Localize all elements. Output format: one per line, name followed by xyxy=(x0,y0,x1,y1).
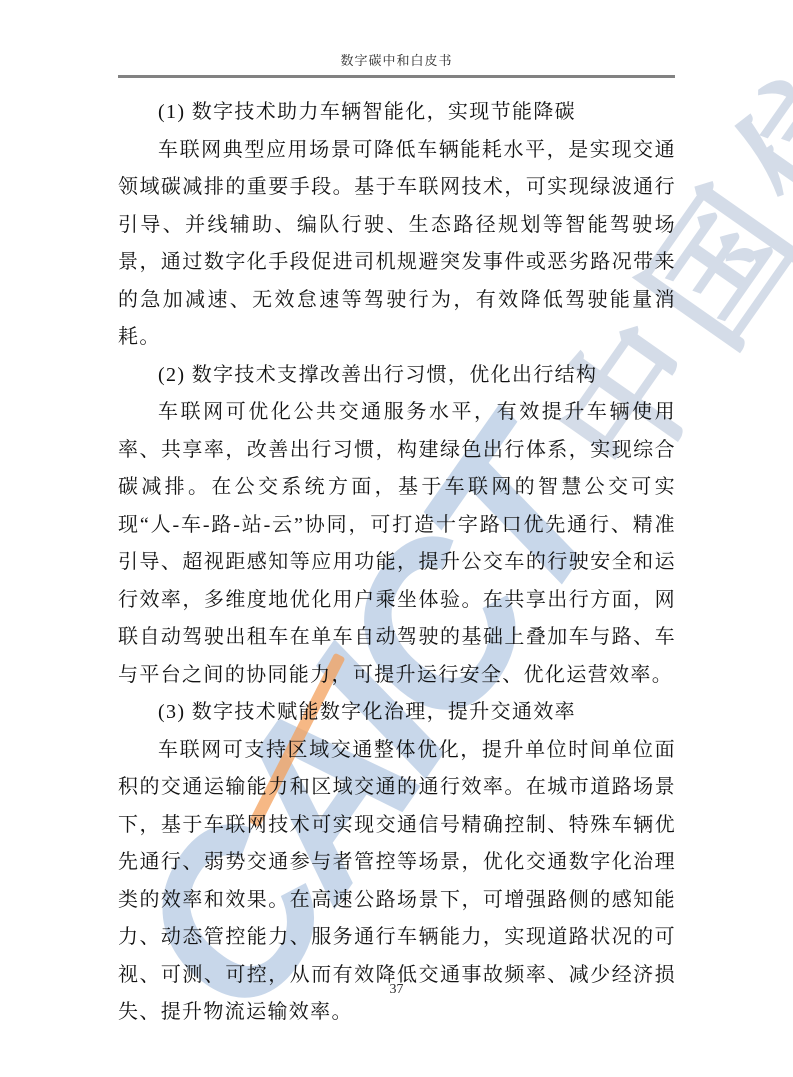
section-heading-1: (1) 数字技术助力车辆智能化，实现节能降碳 xyxy=(118,94,676,132)
document-header: 数字碳中和白皮书 xyxy=(0,0,793,78)
section-heading-3: (3) 数字技术赋能数字化治理，提升交通效率 xyxy=(118,694,676,732)
paragraph-2: 车联网可优化公共交通服务水平，有效提升车辆使用率、共享率，改善出行习惯，构建绿色… xyxy=(118,394,676,694)
document-body: (1) 数字技术助力车辆智能化，实现节能降碳 车联网典型应用场景可降低车辆能耗水… xyxy=(118,94,676,1032)
header-title: 数字碳中和白皮书 xyxy=(0,50,793,69)
header-rule xyxy=(118,75,675,78)
document-page: CAICT 中国信息通信研究院 数字碳中和白皮书 (1) 数字技术助力车辆智能化… xyxy=(0,0,793,1077)
paragraph-1: 车联网典型应用场景可降低车辆能耗水平，是实现交通领域碳减排的重要手段。基于车联网… xyxy=(118,132,676,357)
page-number: 37 xyxy=(0,982,793,998)
section-heading-2: (2) 数字技术支撑改善出行习惯，优化出行结构 xyxy=(118,357,676,395)
